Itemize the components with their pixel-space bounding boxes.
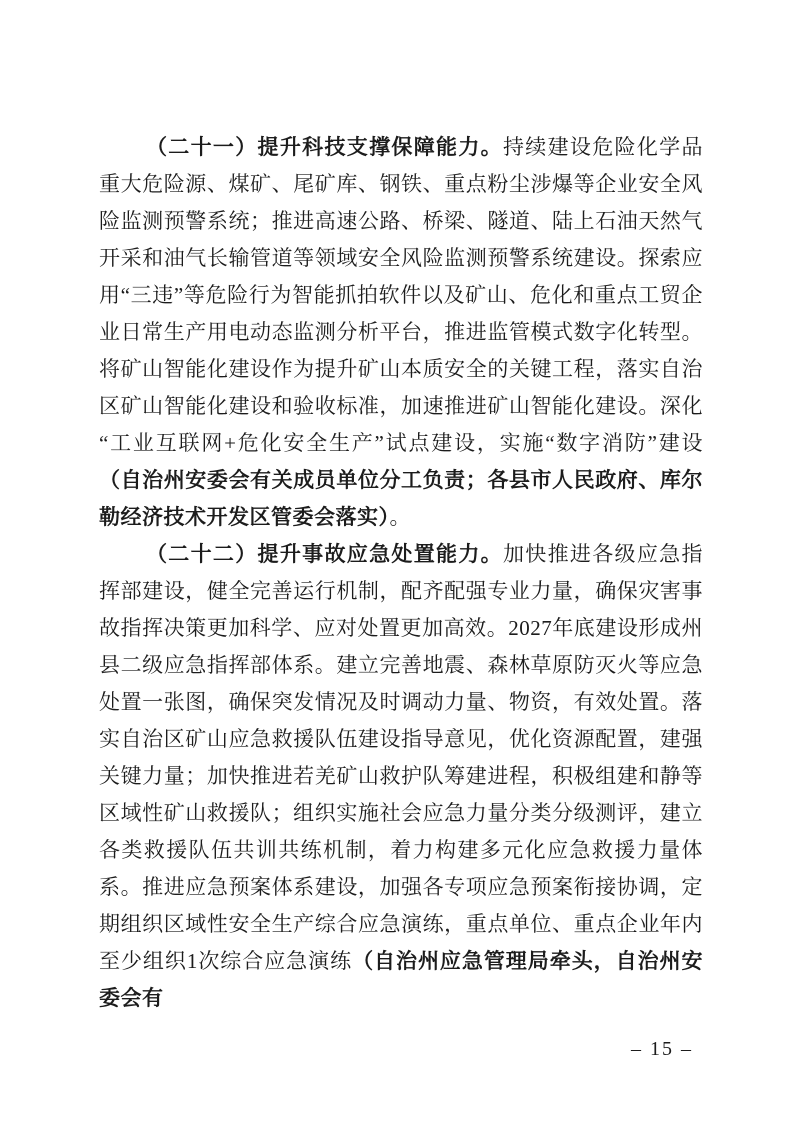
text-segment-heading: （二十一）提升科技支撑保障能力。 (146, 135, 503, 159)
paragraph-item-22: （二十二）提升事故应急处置能力。加快推进各级应急指挥部建设，健全完善运行机制，配… (99, 536, 703, 1017)
page-number: – 15 – (631, 1038, 693, 1061)
paragraph-item-21: （二十一）提升科技支撑保障能力。持续建设危险化学品重大危险源、煤矿、尾矿库、钢铁… (99, 129, 703, 536)
document-page: （二十一）提升科技支撑保障能力。持续建设危险化学品重大危险源、煤矿、尾矿库、钢铁… (0, 0, 793, 1122)
text-segment-body: 加快推进各级应急指挥部建设，健全完善运行机制，配齐配强专业力量，确保灾害事故指挥… (99, 542, 703, 973)
document-body: （二十一）提升科技支撑保障能力。持续建设危险化学品重大危险源、煤矿、尾矿库、钢铁… (99, 129, 703, 1017)
text-segment-body: 持续建设危险化学品重大危险源、煤矿、尾矿库、钢铁、重点粉尘涉爆等企业安全风险监测… (99, 135, 703, 455)
text-segment-body: 。 (390, 505, 412, 529)
text-segment-heading: （二十二）提升事故应急处置能力。 (146, 542, 503, 566)
